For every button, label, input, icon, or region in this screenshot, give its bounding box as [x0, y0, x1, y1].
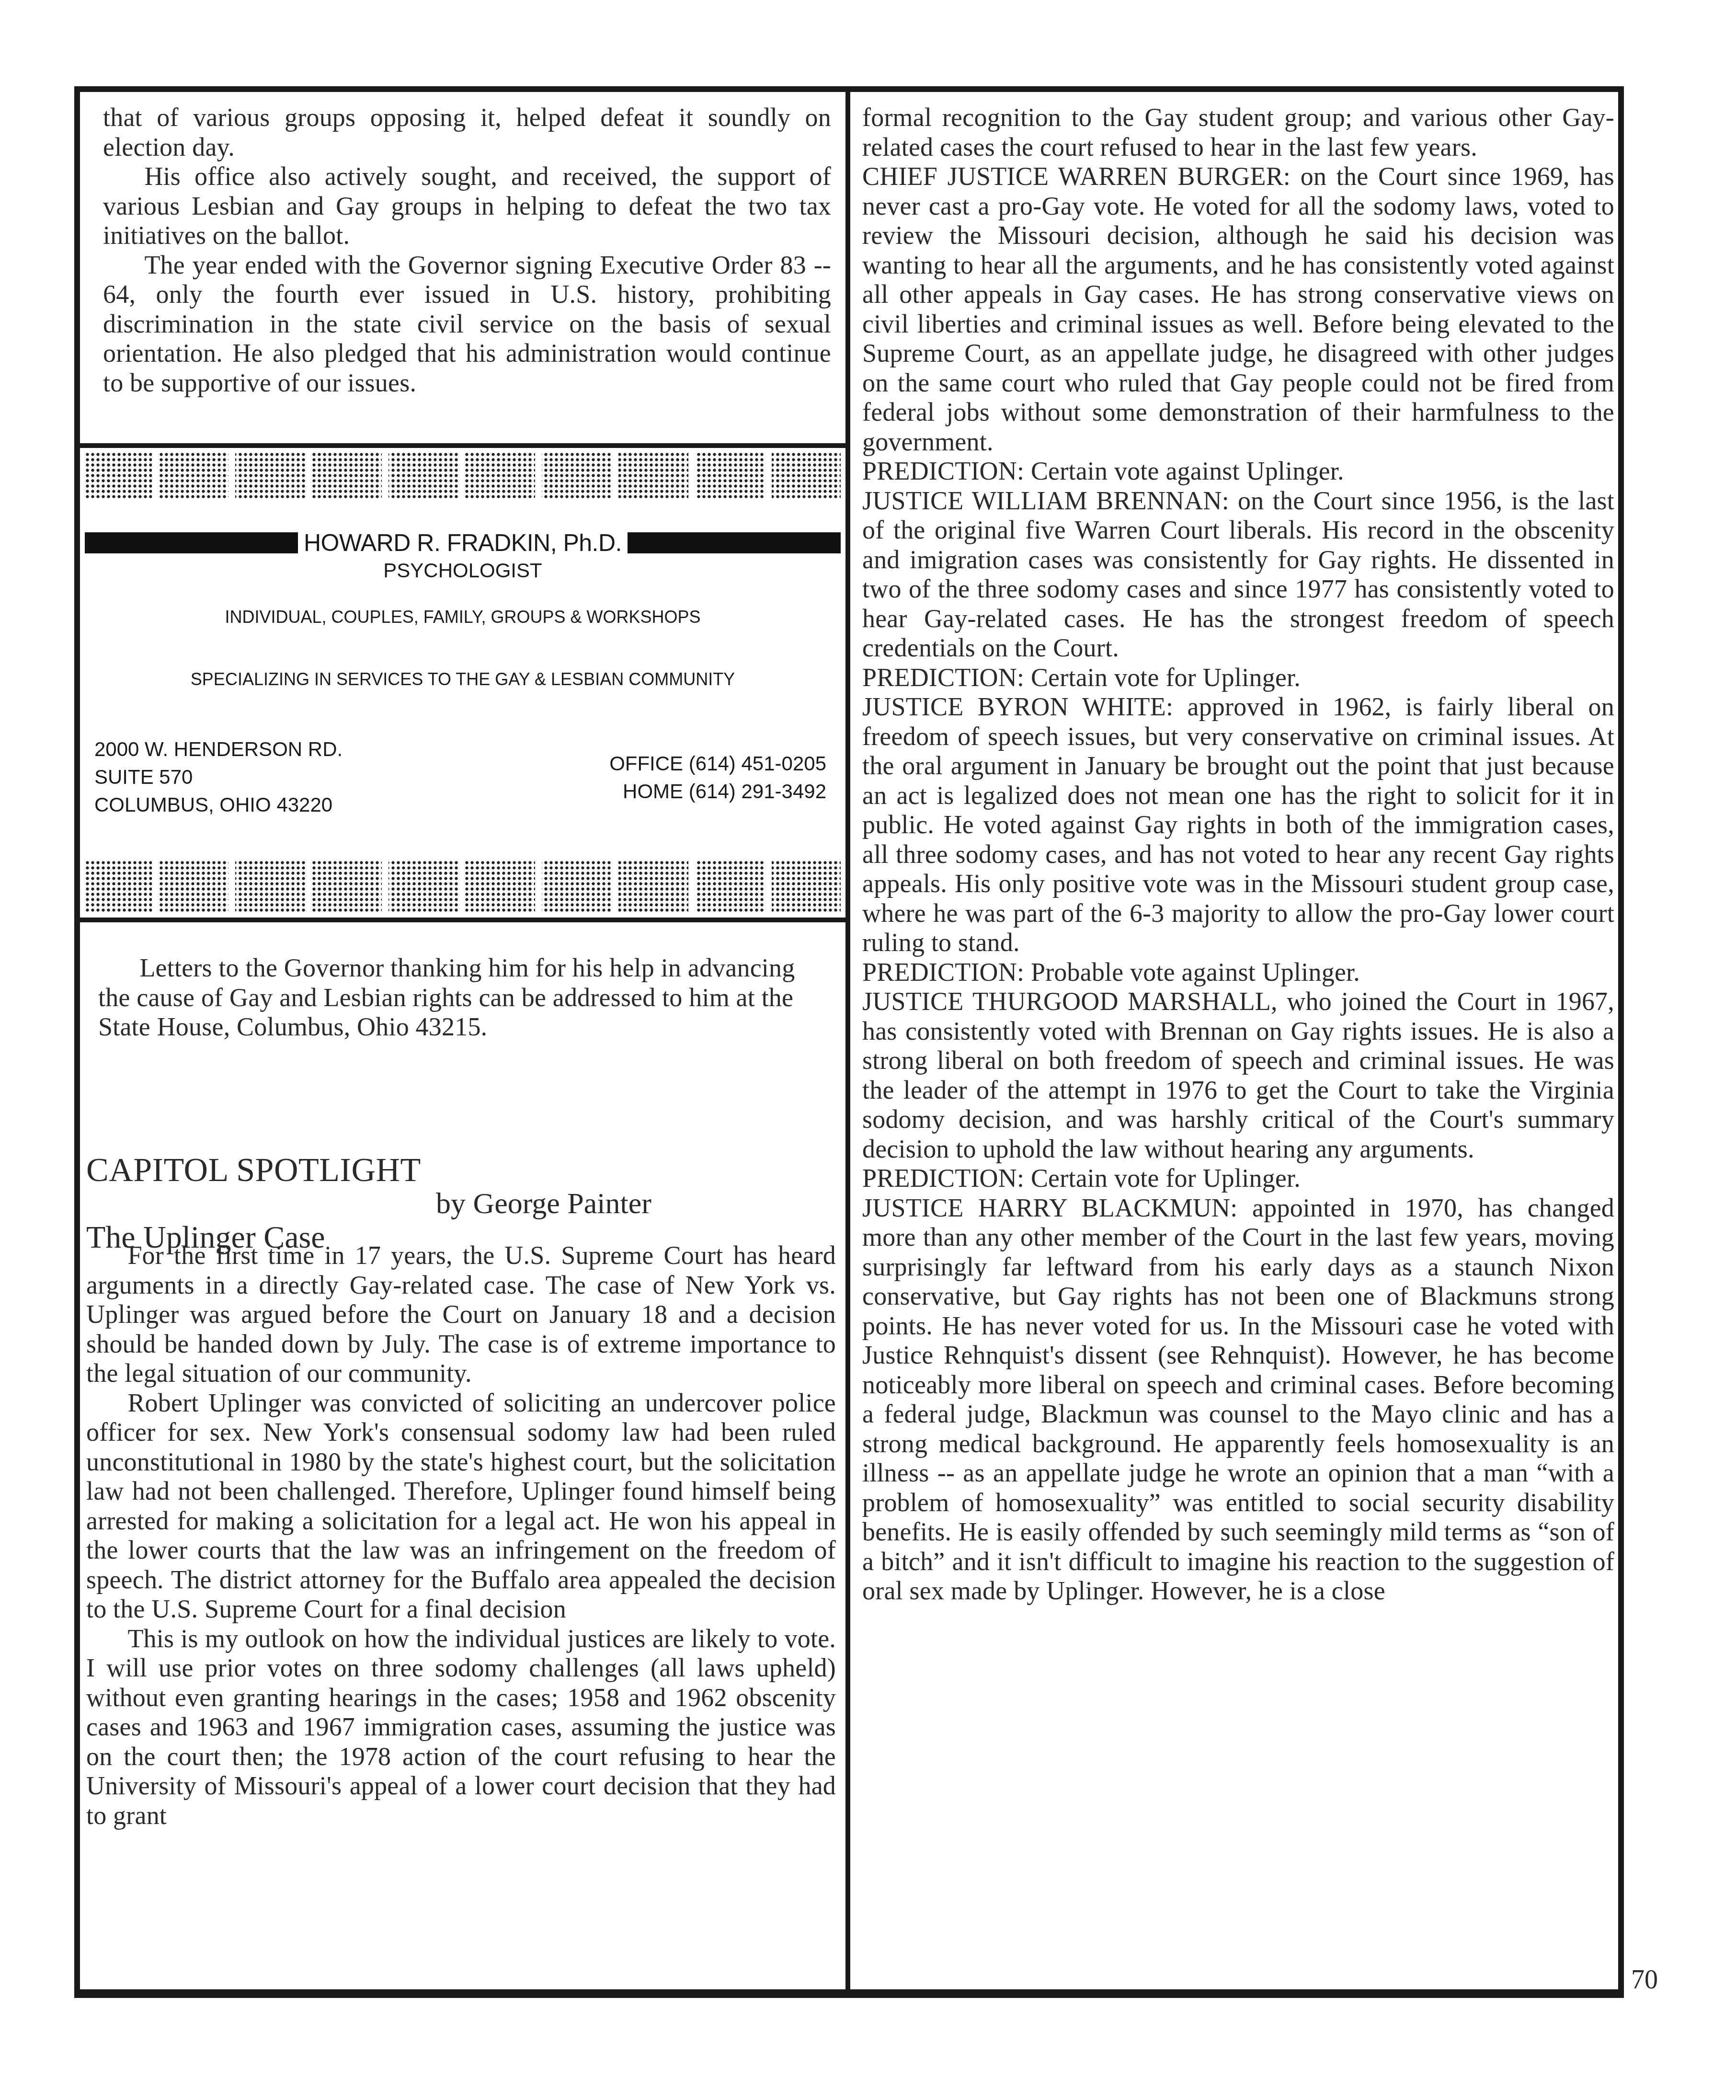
halftone-border-top	[85, 452, 841, 500]
paragraph: Robert Uplinger was convicted of solicit…	[86, 1389, 836, 1624]
office-phone: OFFICE (614) 451-0205	[609, 750, 826, 778]
ad-name-row: HOWARD R. FRADKIN, Ph.D.	[85, 531, 841, 555]
prediction: PREDICTION: Certain vote for Uplinger.	[862, 663, 1614, 693]
justice-entry: JUSTICE THURGOOD MARSHALL, who joined th…	[862, 987, 1614, 1164]
ad-services: INDIVIDUAL, COUPLES, FAMILY, GROUPS & WO…	[80, 607, 845, 627]
page-number: 70	[1631, 1964, 1658, 1995]
justice-entry: JUSTICE BYRON WHITE: approved in 1962, i…	[862, 692, 1614, 958]
decorative-bar	[85, 532, 298, 553]
letters-note: Letters to the Governor thanking him for…	[98, 953, 826, 1042]
paragraph: His office also actively sought, and rec…	[103, 162, 831, 251]
paragraph: formal recognition to the Gay student gr…	[862, 103, 1614, 162]
justice-text: approved in 1962, is fairly liberal on f…	[862, 692, 1614, 957]
justices-column: formal recognition to the Gay student gr…	[862, 103, 1614, 1606]
byline: by George Painter	[86, 1187, 834, 1221]
article-body: For the first time in 17 years, the U.S.…	[86, 1241, 836, 1830]
justice-entry: JUSTICE WILLIAM BRENNAN: on the Court si…	[862, 486, 1614, 663]
ad-title: PSYCHOLOGIST	[80, 559, 845, 582]
divider-above-ad	[74, 443, 850, 448]
justice-text: on the Court since 1969, has never cast …	[862, 162, 1614, 456]
prediction: PREDICTION: Certain vote for Uplinger.	[862, 1164, 1614, 1193]
justice-name: CHIEF JUSTICE WARREN BURGER:	[862, 162, 1291, 191]
column-divider	[845, 86, 850, 1998]
prediction: PREDICTION: Probable vote against Upling…	[862, 958, 1614, 987]
justice-text: appointed in 1970, has changed more than…	[862, 1193, 1614, 1606]
decorative-bar	[628, 532, 841, 553]
paragraph: Letters to the Governor thanking him for…	[98, 953, 826, 1042]
paragraph: The year ended with the Governor signing…	[103, 251, 831, 398]
justice-name: JUSTICE THURGOOD MARSHALL,	[862, 987, 1278, 1016]
continued-article: that of various groups opposing it, help…	[103, 103, 831, 398]
address-line: SUITE 570	[94, 763, 343, 791]
section-heading: CAPITOL SPOTLIGHT	[86, 1152, 834, 1189]
justice-name: JUSTICE HARRY BLACKMUN:	[862, 1193, 1237, 1222]
psychologist-advertisement: HOWARD R. FRADKIN, Ph.D. PSYCHOLOGIST IN…	[80, 448, 845, 918]
justice-name: JUSTICE WILLIAM BRENNAN:	[862, 486, 1229, 515]
justice-name: JUSTICE BYRON WHITE:	[862, 692, 1173, 721]
paragraph: that of various groups opposing it, help…	[103, 103, 831, 162]
address-line: COLUMBUS, OHIO 43220	[94, 791, 343, 819]
ad-address: 2000 W. HENDERSON RD. SUITE 570 COLUMBUS…	[94, 735, 343, 819]
prediction: PREDICTION: Certain vote against Uplinge…	[862, 457, 1614, 486]
justice-entry: JUSTICE HARRY BLACKMUN: appointed in 197…	[862, 1193, 1614, 1606]
halftone-border-bottom	[85, 860, 841, 913]
ad-specialty: SPECIALIZING IN SERVICES TO THE GAY & LE…	[80, 669, 845, 689]
address-line: 2000 W. HENDERSON RD.	[94, 735, 343, 763]
divider-below-ad	[74, 918, 850, 922]
justice-entry: CHIEF JUSTICE WARREN BURGER: on the Cour…	[862, 162, 1614, 457]
home-phone: HOME (614) 291-3492	[609, 778, 826, 805]
paragraph: For the first time in 17 years, the U.S.…	[86, 1241, 836, 1389]
ad-name: HOWARD R. FRADKIN, Ph.D.	[298, 529, 628, 557]
paragraph: This is my outlook on how the individual…	[86, 1624, 836, 1831]
ad-phones: OFFICE (614) 451-0205 HOME (614) 291-349…	[609, 750, 826, 805]
article-header: CAPITOL SPOTLIGHT by George Painter The …	[86, 1152, 834, 1254]
